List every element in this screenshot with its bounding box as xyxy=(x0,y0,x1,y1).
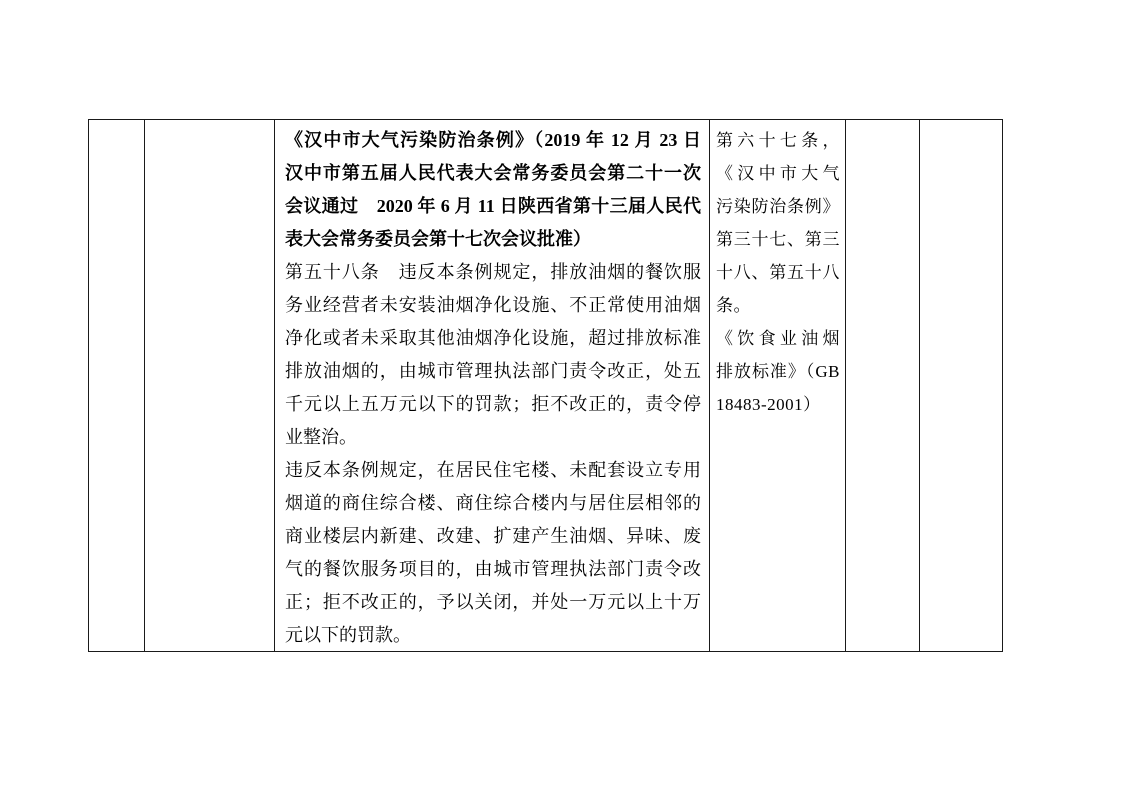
text-line: 表大会常务委员会第十七次会议批准） xyxy=(285,223,701,256)
text-line: 第五十八条 违反本条例规定，排放油烟的餐饮服 xyxy=(285,256,701,289)
legal-basis-title: 《汉中市大气污染防治条例》（2019 年 12 月 23 日汉中市第五届人民代表… xyxy=(285,124,701,256)
text-line: 排放标准》（GB xyxy=(716,355,840,388)
text-line: 十八、第五十八 xyxy=(716,256,840,289)
text-line: 务业经营者未安装油烟净化设施、不正常使用油烟 xyxy=(285,289,701,322)
document-page: 《汉中市大气污染防治条例》（2019 年 12 月 23 日汉中市第五届人民代表… xyxy=(0,0,1122,793)
text-line: 净化或者未采取其他油烟净化设施，超过排放标准 xyxy=(285,322,701,355)
cell-index xyxy=(89,120,145,651)
clauses-reference: 第六十七条，《汉中市大气污染防治条例》第三十七、第三十八、第五十八条。 xyxy=(716,124,840,322)
text-line: 18483-2001） xyxy=(716,388,840,421)
standard-reference: 《饮食业油烟排放标准》（GB18483-2001） xyxy=(716,322,840,421)
text-line: 业整治。 xyxy=(285,421,701,454)
text-line: 元以下的罚款。 xyxy=(285,619,701,651)
text-line: 第六十七条， xyxy=(716,124,840,157)
cell-empty-1 xyxy=(846,120,920,651)
text-line: 商业楼层内新建、改建、扩建产生油烟、异味、废 xyxy=(285,520,701,553)
text-line: 污染防治条例》 xyxy=(716,190,840,223)
text-line: 排放油烟的，由城市管理执法部门责令改正，处五 xyxy=(285,355,701,388)
text-line: 正；拒不改正的，予以关闭，并处一万元以上十万 xyxy=(285,586,701,619)
text-line: 千元以上五万元以下的罚款；拒不改正的，责令停 xyxy=(285,388,701,421)
regulation-table: 《汉中市大气污染防治条例》（2019 年 12 月 23 日汉中市第五届人民代表… xyxy=(88,119,1003,652)
text-line: 违反本条例规定，在居民住宅楼、未配套设立专用 xyxy=(285,454,701,487)
cell-empty-2 xyxy=(920,120,1002,651)
text-line: 条。 xyxy=(716,289,840,322)
cell-category xyxy=(145,120,275,651)
second-paragraph-text: 违反本条例规定，在居民住宅楼、未配套设立专用烟道的商住综合楼、商住综合楼内与居住… xyxy=(285,454,701,651)
cell-related-clauses: 第六十七条，《汉中市大气污染防治条例》第三十七、第三十八、第五十八条。 《饮食业… xyxy=(710,120,846,651)
text-line: 气的餐饮服务项目的，由城市管理执法部门责令改 xyxy=(285,553,701,586)
text-line: 汉中市第五届人民代表大会常务委员会第二十一次 xyxy=(285,157,701,190)
text-line: 会议通过 2020 年 6 月 11 日陕西省第十三届人民代 xyxy=(285,190,701,223)
article-58-text: 第五十八条 违反本条例规定，排放油烟的餐饮服务业经营者未安装油烟净化设施、不正常… xyxy=(285,256,701,454)
cell-legal-basis: 《汉中市大气污染防治条例》（2019 年 12 月 23 日汉中市第五届人民代表… xyxy=(275,120,710,651)
text-line: 《饮食业油烟 xyxy=(716,322,840,355)
text-line: 烟道的商住综合楼、商住综合楼内与居住层相邻的 xyxy=(285,487,701,520)
text-line: 《汉中市大气污染防治条例》（2019 年 12 月 23 日 xyxy=(285,124,701,157)
text-line: 第三十七、第三 xyxy=(716,223,840,256)
text-line: 《汉中市大气 xyxy=(716,157,840,190)
